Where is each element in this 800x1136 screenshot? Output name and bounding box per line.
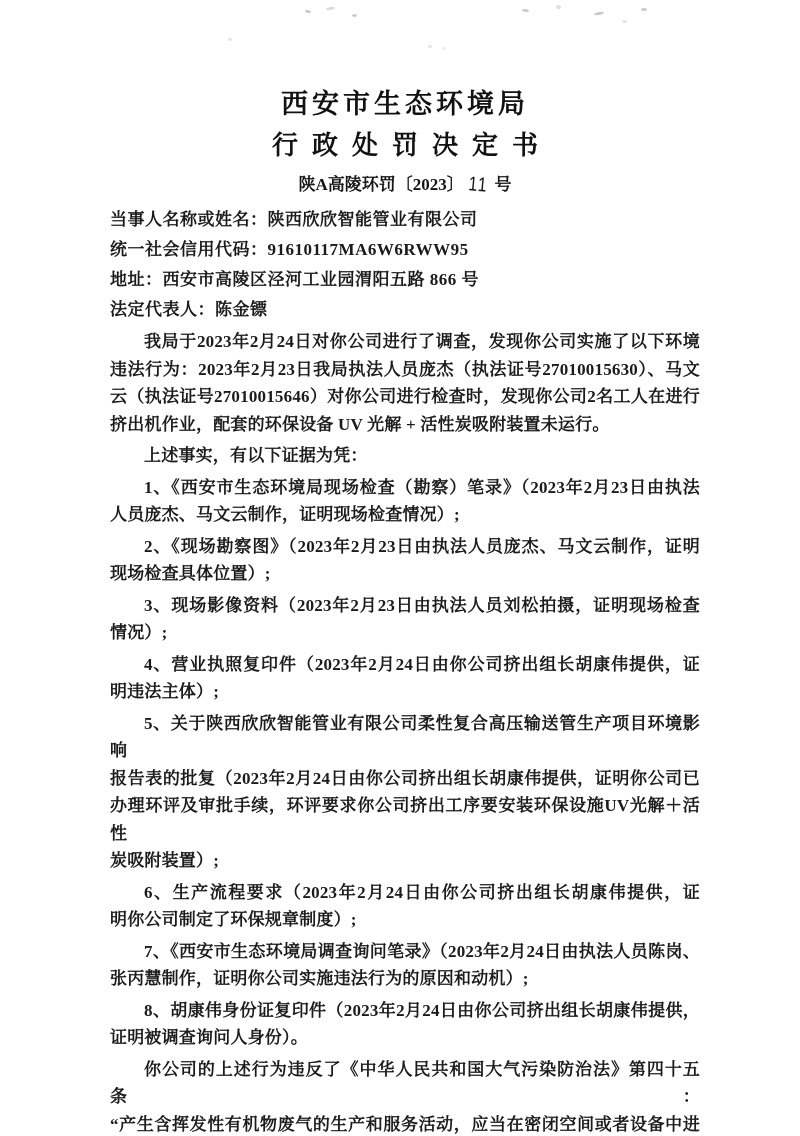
party-info-section: 当事人名称或姓名：陕西欣欣智能管业有限公司统一社会信用代码：91610117MA… (110, 205, 700, 325)
text-line: 明违法主体）; (110, 678, 700, 706)
field-label: 法定代表人： (110, 300, 215, 319)
document-number-prefix: 陕A高陵环罚〔2023〕 (298, 175, 463, 194)
document-number-suffix: 号 (495, 175, 512, 194)
scan-artifact (305, 9, 311, 13)
paragraph: 4、营业执照复印件（2023年2月24日由你公司挤出组长胡康伟提供，证明违法主体… (110, 651, 700, 706)
paragraph: 2、《现场勘察图》（2023年2月23日由执法人员庞杰、马文云制作，证明现场检查… (110, 533, 700, 588)
scan-artifact (228, 38, 232, 41)
scan-artifact (326, 6, 335, 10)
paragraph: 3、现场影像资料（2023年2月23日由执法人员刘松拍摄，证明现场检查情况）; (110, 592, 700, 647)
text-line: 违法行为：2023年2月23日我局执法人员庞杰（执法证号27010015630）… (110, 356, 700, 384)
party-field: 当事人名称或姓名：陕西欣欣智能管业有限公司 (110, 205, 700, 235)
text-line: 8、胡康伟身份证复印件（2023年2月24日由你公司挤出组长胡康伟提供， (110, 997, 700, 1025)
paragraph: 上述事实，有以下证据为凭： (110, 442, 700, 470)
text-line: “产生含挥发性有机物废气的生产和服务活动，应当在密闭空间或者设备中进 (110, 1111, 700, 1136)
paragraph: 6、生产流程要求（2023年2月24日由你公司挤出组长胡康伟提供，证明你公司制定… (110, 879, 700, 934)
text-line: 我局于2023年2月24日对你公司进行了调查，发现你公司实施了以下环境 (110, 328, 700, 356)
text-line: 云（执法证号27010015646）对你公司进行检查时，发现你公司2名工人在进行 (110, 383, 700, 411)
text-line: 挤出机作业，配套的环保设备 UV 光解 + 活性炭吸附装置未运行。 (110, 411, 700, 439)
scan-artifact (594, 11, 604, 16)
paragraph: 8、胡康伟身份证复印件（2023年2月24日由你公司挤出组长胡康伟提供，证明被调… (110, 997, 700, 1052)
field-label: 当事人名称或姓名： (110, 210, 268, 229)
scan-artifact (428, 45, 432, 48)
field-value: 陕西欣欣智能管业有限公司 (268, 210, 478, 229)
text-line: 5、关于陕西欣欣智能管业有限公司柔性复合高压输送管生产项目环境影响 (110, 710, 700, 765)
party-field: 地址：西安市高陵区泾河工业园渭阳五路 866 号 (110, 265, 700, 295)
scan-artifact (352, 14, 357, 17)
text-line: 3、现场影像资料（2023年2月23日由执法人员刘松拍摄，证明现场检查 (110, 592, 700, 620)
scan-artifact (641, 8, 647, 11)
scan-artifact (443, 47, 446, 50)
document-number: 陕A高陵环罚〔2023〕11号 (110, 171, 700, 198)
document-page: 西安市生态环境局 行政处罚决定书 陕A高陵环罚〔2023〕11号 当事人名称或姓… (0, 0, 800, 1136)
document-type-title: 行政处罚决定书 (110, 128, 700, 162)
text-line: 7、《西安市生态环境局调查询问笔录》（2023年2月24日由执法人员陈岗、 (110, 938, 700, 966)
text-line: 明你公司制定了环保规章制度）; (110, 906, 700, 934)
text-line: 人员庞杰、马文云制作，证明现场检查情况）; (110, 501, 700, 529)
paragraph: 你公司的上述行为违反了《中华人民共和国大气污染防治法》第四十五条：“产生含挥发性… (110, 1056, 700, 1136)
scan-artifact (622, 20, 627, 23)
text-line: 张丙慧制作，证明你公司实施违法行为的原因和动机）; (110, 965, 700, 993)
field-value: 西安市高陵区泾河工业园渭阳五路 866 号 (163, 270, 480, 289)
scan-artifact (556, 5, 561, 9)
party-field: 统一社会信用代码：91610117MA6W6RWW95 (110, 235, 700, 265)
field-value: 91610117MA6W6RWW95 (268, 240, 469, 259)
party-field: 法定代表人：陈金镖 (110, 295, 700, 325)
paragraph: 我局于2023年2月24日对你公司进行了调查，发现你公司实施了以下环境违法行为：… (110, 328, 700, 438)
text-line: 炭吸附装置）; (110, 847, 700, 875)
text-line: 6、生产流程要求（2023年2月24日由你公司挤出组长胡康伟提供，证 (110, 879, 700, 907)
text-line: 现场检查具体位置）; (110, 560, 700, 588)
text-line: 4、营业执照复印件（2023年2月24日由你公司挤出组长胡康伟提供，证 (110, 651, 700, 679)
document-body: 我局于2023年2月24日对你公司进行了调查，发现你公司实施了以下环境违法行为：… (110, 328, 700, 1136)
document-number-handwritten: 11 (467, 171, 489, 199)
text-line: 报告表的批复（2023年2月24日由你公司挤出组长胡康伟提供，证明你公司已 (110, 765, 700, 793)
field-label: 统一社会信用代码： (110, 240, 268, 259)
text-line: 证明被调查询问人身份）。 (110, 1024, 700, 1052)
text-line: 上述事实，有以下证据为凭： (110, 442, 700, 470)
text-line: 1、《西安市生态环境局现场检查（勘察）笔录》（2023年2月23日由执法 (110, 474, 700, 502)
text-line: 情况）; (110, 619, 700, 647)
text-line: 办理环评及审批手续，环评要求你公司挤出工序要安装环保设施UV光解＋活性 (110, 792, 700, 847)
text-line: 你公司的上述行为违反了《中华人民共和国大气污染防治法》第四十五条： (110, 1056, 700, 1111)
agency-title: 西安市生态环境局 (110, 86, 700, 122)
text-line: 2、《现场勘察图》（2023年2月23日由执法人员庞杰、马文云制作，证明 (110, 533, 700, 561)
field-label: 地址： (110, 270, 163, 289)
field-value: 陈金镖 (215, 300, 268, 319)
paragraph: 1、《西安市生态环境局现场检查（勘察）笔录》（2023年2月23日由执法人员庞杰… (110, 474, 700, 529)
paragraph: 7、《西安市生态环境局调查询问笔录》（2023年2月24日由执法人员陈岗、张丙慧… (110, 938, 700, 993)
scan-artifact (522, 9, 529, 13)
paragraph: 5、关于陕西欣欣智能管业有限公司柔性复合高压输送管生产项目环境影响报告表的批复（… (110, 710, 700, 875)
